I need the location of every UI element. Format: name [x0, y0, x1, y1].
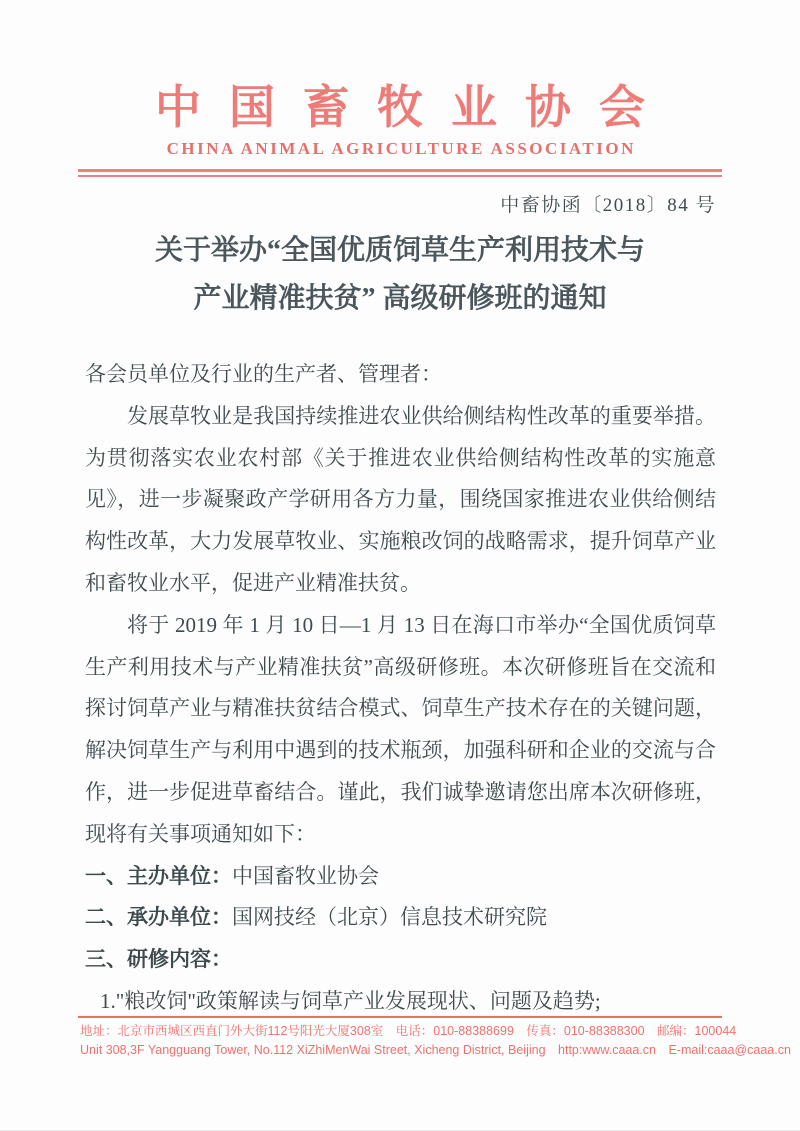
section-undertaker: 二、承办单位：国网技经（北京）信息技术研究院 — [85, 897, 716, 939]
document-title-line1: 关于举办“全国优质饲草生产利用技术与 — [0, 227, 800, 275]
footer-fax: 传真：010-88388300 — [526, 1024, 644, 1038]
section-content-label: 三、研修内容： — [85, 947, 232, 971]
footer-address-en: Unit 308,3F Yangguang Tower, No.112 XiZh… — [80, 1043, 546, 1057]
org-name-chinese: 中国畜牧业协会 — [0, 82, 800, 134]
org-name-english: CHINA ANIMAL AGRICULTURE ASSOCIATION — [0, 138, 800, 160]
document-title-line2: 产业精准扶贫” 高级研修班的通知 — [0, 275, 800, 323]
paragraph-2: 将于 2019 年 1 月 10 日—1 月 13 日在海口市举办“全国优质饲草… — [85, 605, 716, 856]
footer-postcode: 邮编：100044 — [657, 1024, 736, 1038]
footer-phone: 电话：010-88388699 — [396, 1024, 514, 1038]
footer-line-chinese: 地址：北京市西城区西直门外大街112号阳光大厦308室 电话：010-88388… — [80, 1022, 722, 1041]
footer-website: http:www.caaa.cn — [558, 1043, 656, 1057]
letterhead-divider — [78, 169, 722, 177]
footer-line-english: Unit 308,3F Yangguang Tower, No.112 XiZh… — [80, 1041, 722, 1060]
section-content: 三、研修内容： — [85, 939, 716, 981]
footer-address-cn: 地址：北京市西城区西直门外大街112号阳光大厦308室 — [80, 1024, 383, 1038]
section-undertaker-value: 国网技经（北京）信息技术研究院 — [232, 905, 547, 929]
document-page: 中国畜牧业协会 CHINA ANIMAL AGRICULTURE ASSOCIA… — [0, 0, 800, 1131]
footer-email: E-mail:caaa@caaa.cn — [668, 1043, 790, 1057]
section-undertaker-label: 二、承办单位： — [85, 905, 232, 929]
footer-contact: 地址：北京市西城区西直门外大街112号阳光大厦308室 电话：010-88388… — [80, 1022, 722, 1060]
section-organizer-label: 一、主办单位： — [85, 864, 232, 888]
salutation: 各会员单位及行业的生产者、管理者： — [85, 354, 716, 396]
section-organizer: 一、主办单位：中国畜牧业协会 — [85, 856, 716, 898]
document-title: 关于举办“全国优质饲草生产利用技术与 产业精准扶贫” 高级研修班的通知 — [0, 227, 800, 323]
document-number: 中畜协函〔2018〕84 号 — [500, 194, 716, 218]
paragraph-1: 发展草牧业是我国持续推进农业供给侧结构性改革的重要举措。为贯彻落实农业农村部《关… — [85, 396, 716, 605]
footer-divider — [78, 1016, 722, 1018]
section-organizer-value: 中国畜牧业协会 — [232, 864, 379, 888]
document-body: 各会员单位及行业的生产者、管理者： 发展草牧业是我国持续推进农业供给侧结构性改革… — [85, 354, 716, 1023]
